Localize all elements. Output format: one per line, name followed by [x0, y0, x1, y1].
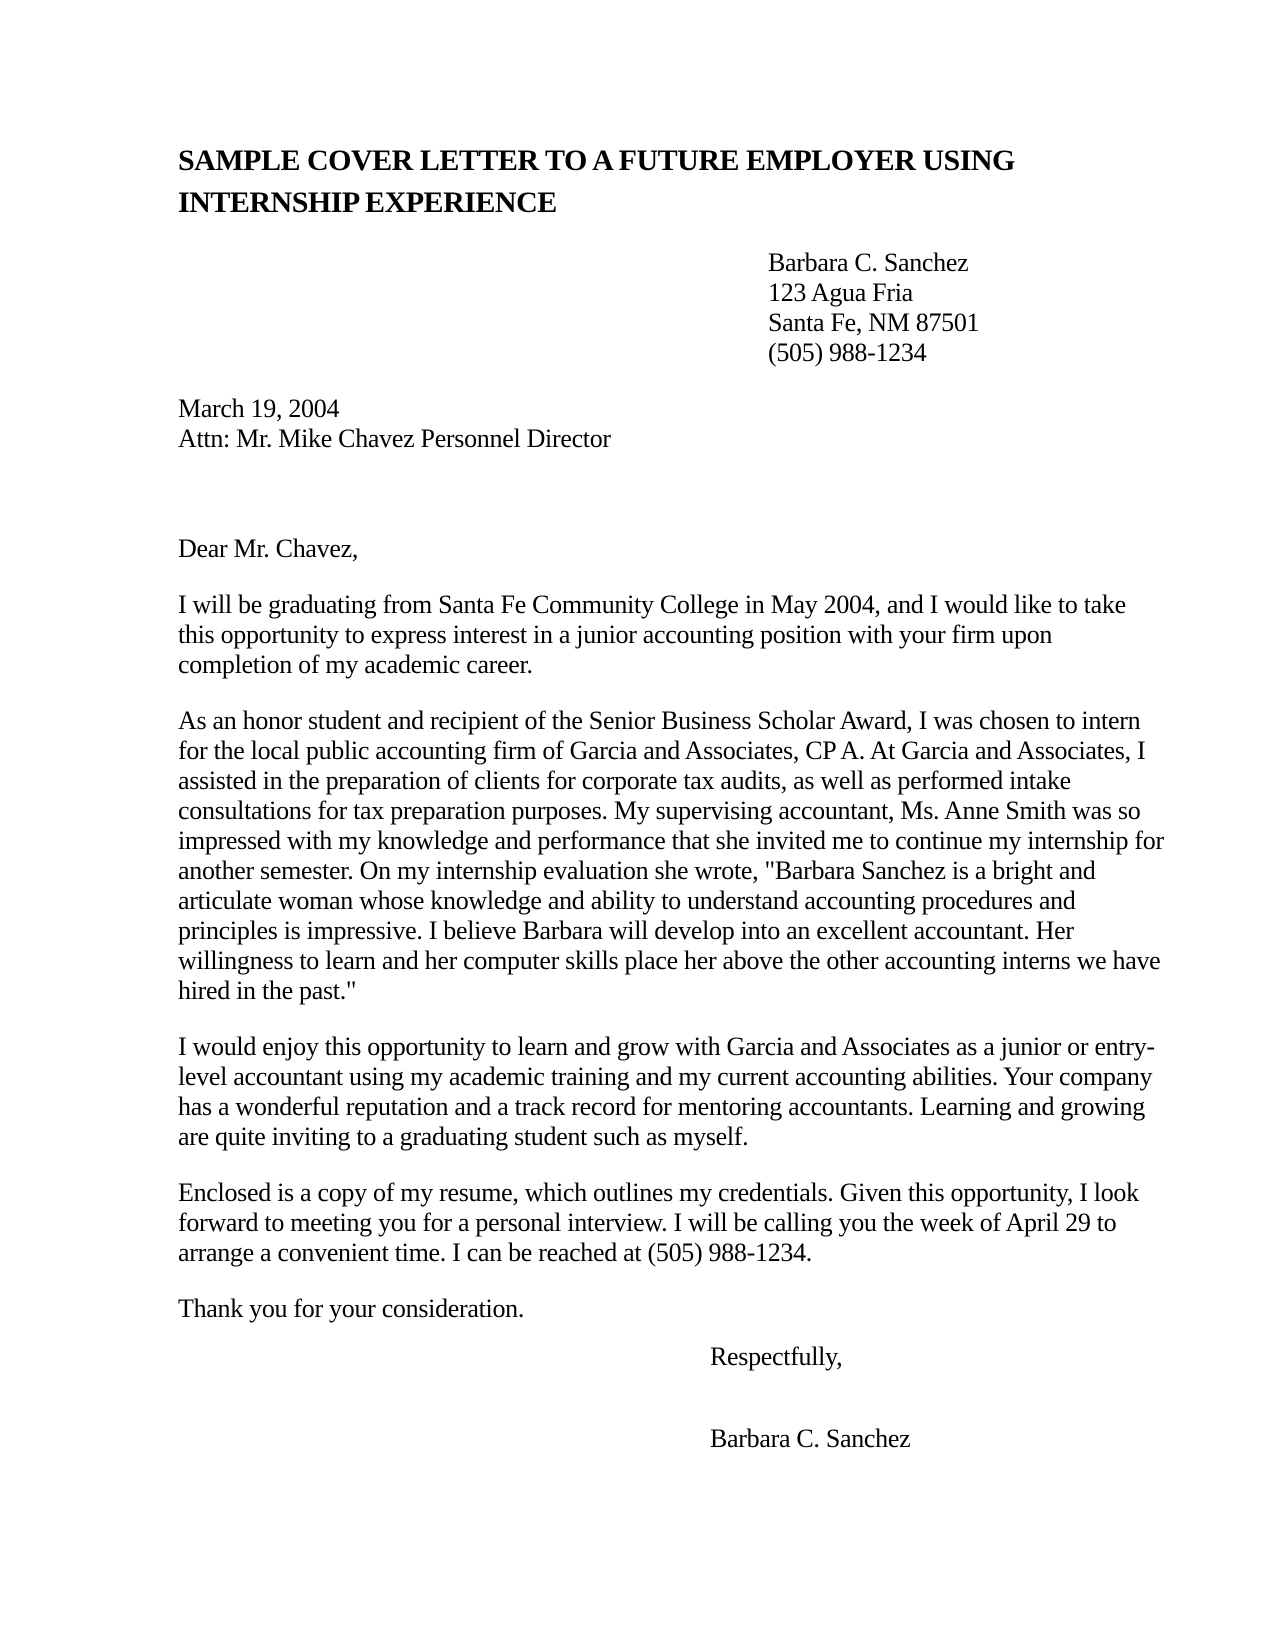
sender-name: Barbara C. Sanchez: [768, 248, 1168, 278]
signature-name: Barbara C. Sanchez: [710, 1424, 1168, 1454]
page-title: SAMPLE COVER LETTER TO A FUTURE EMPLOYER…: [178, 140, 1168, 224]
title-line-1: SAMPLE COVER LETTER TO A FUTURE EMPLOYER…: [178, 140, 1168, 182]
closing-line: Respectfully,: [710, 1342, 1168, 1372]
cover-letter-page: SAMPLE COVER LETTER TO A FUTURE EMPLOYER…: [0, 0, 1275, 1650]
sender-address-block: Barbara C. Sanchez 123 Agua Fria Santa F…: [768, 248, 1168, 368]
sender-street: 123 Agua Fria: [768, 278, 1168, 308]
body-paragraph-4: Enclosed is a copy of my resume, which o…: [178, 1178, 1168, 1268]
letter-date: March 19, 2004: [178, 394, 1168, 424]
title-line-2: INTERNSHIP EXPERIENCE: [178, 182, 1168, 224]
body-paragraph-1: I will be graduating from Santa Fe Commu…: [178, 590, 1168, 680]
sender-phone: (505) 988-1234: [768, 338, 1168, 368]
body-paragraph-3: I would enjoy this opportunity to learn …: [178, 1032, 1168, 1152]
attention-line: Attn: Mr. Mike Chavez Personnel Director: [178, 424, 1168, 454]
thank-you-line: Thank you for your consideration.: [178, 1294, 1168, 1324]
date-attention-block: March 19, 2004 Attn: Mr. Mike Chavez Per…: [178, 394, 1168, 454]
salutation: Dear Mr. Chavez,: [178, 534, 1168, 564]
body-paragraph-2: As an honor student and recipient of the…: [178, 706, 1168, 1006]
sender-city-state-zip: Santa Fe, NM 87501: [768, 308, 1168, 338]
